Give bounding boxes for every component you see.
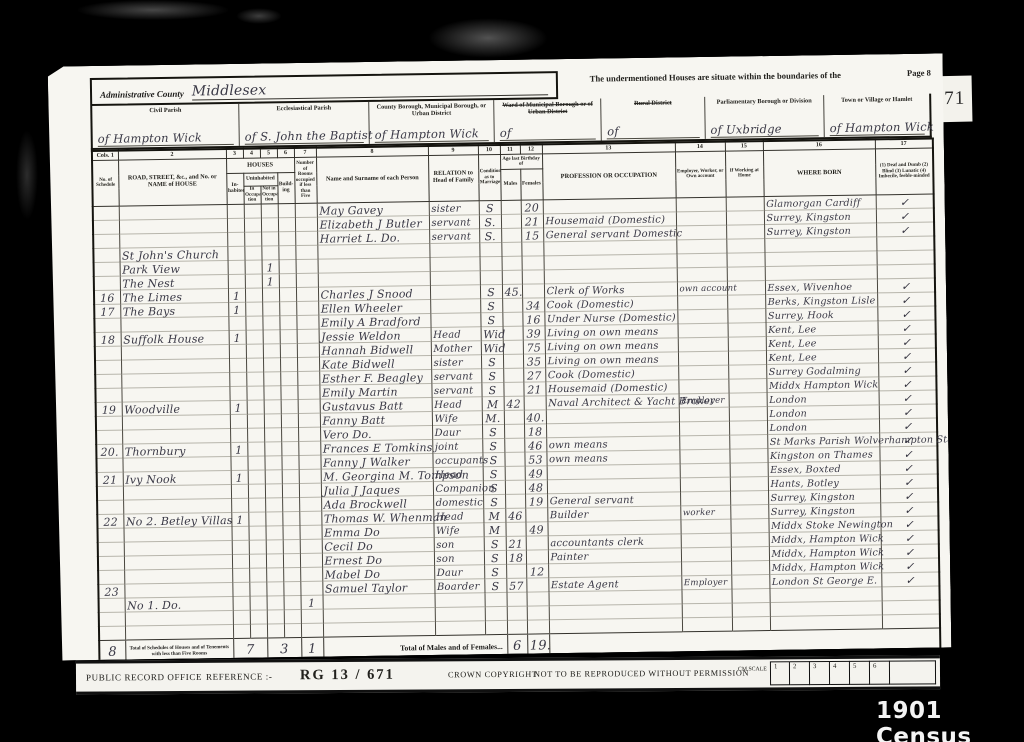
cell-age-male bbox=[502, 298, 522, 312]
cell-inhabited bbox=[229, 386, 246, 400]
cell-infirmity-tick bbox=[881, 585, 939, 600]
cell-condition: S bbox=[484, 578, 506, 592]
cell-building bbox=[283, 539, 300, 553]
cell-condition: Wid bbox=[481, 326, 503, 340]
cell-where-born: St Marks Parish Wolverhampton Staffs bbox=[767, 432, 879, 448]
cell-uninhabited bbox=[262, 287, 279, 301]
cell-inhabited bbox=[229, 372, 246, 386]
cell-age-female bbox=[527, 605, 549, 619]
cell-age-female bbox=[526, 535, 548, 549]
district-cell: Ecclesiastical Parishof S. John the Bapt… bbox=[239, 102, 370, 146]
office-label: PUBLIC RECORD OFFICE bbox=[86, 672, 202, 683]
cell-employer bbox=[680, 463, 730, 478]
cell-occupation: Under Nurse (Domestic) bbox=[544, 309, 677, 325]
cell-age-female: 18 bbox=[524, 423, 546, 437]
district-value: of bbox=[607, 123, 700, 139]
cell-schedule-number bbox=[97, 500, 123, 514]
cell-infirmity-tick: ✓ bbox=[879, 404, 937, 419]
cell-condition: S bbox=[481, 368, 503, 382]
cell-at-home bbox=[726, 252, 764, 267]
col-relation: RELATION to Head of Family bbox=[428, 155, 479, 201]
cell-rooms bbox=[297, 343, 319, 357]
cell-uninhabited-occ bbox=[246, 330, 263, 344]
cell-schedule-number: 16 bbox=[94, 290, 120, 304]
cell-uninhabited bbox=[261, 231, 278, 245]
cell-relation: Daur bbox=[432, 424, 482, 439]
cell-age-male bbox=[505, 494, 525, 508]
district-label: Ecclesiastical Parish bbox=[242, 104, 365, 113]
footer-bar: PUBLIC RECORD OFFICE REFERENCE :- RG 13 … bbox=[76, 655, 940, 694]
cell-inhabited bbox=[227, 232, 244, 246]
cell-age-female: 53 bbox=[524, 451, 546, 465]
cell-uninhabited-occ bbox=[246, 372, 263, 386]
census-year-watermark: 1901 Census bbox=[876, 698, 1024, 742]
cell-age-female: 12 bbox=[526, 563, 548, 577]
cell-building bbox=[283, 567, 300, 581]
cell-infirmity-tick: ✓ bbox=[877, 320, 935, 335]
cell-at-home bbox=[727, 308, 765, 323]
census-table-body: May Gavey sister S 20 Glamorgan Cardiff … bbox=[93, 194, 940, 640]
cell-inhabited: 1 bbox=[231, 512, 248, 526]
cell-rooms bbox=[297, 385, 319, 399]
cell-schedule-number bbox=[99, 626, 125, 640]
cell-uninhabited bbox=[261, 203, 278, 217]
cell-inhabited bbox=[231, 526, 248, 540]
cell-building bbox=[279, 287, 296, 301]
cell-uninhabited bbox=[267, 595, 284, 609]
cell-age-male bbox=[505, 522, 525, 536]
cell-age-male bbox=[507, 606, 527, 620]
cell-at-home bbox=[728, 350, 766, 365]
cell-age-female: 48 bbox=[525, 479, 547, 493]
cell-condition: S bbox=[480, 284, 502, 298]
cell-building bbox=[281, 427, 298, 441]
cell-schedule-number: 22 bbox=[97, 514, 123, 528]
cell-person-name: Esther F. Beagley bbox=[319, 369, 431, 385]
column-number: 12 bbox=[520, 144, 542, 154]
cell-condition: S bbox=[484, 564, 506, 578]
cell-relation: domestic bbox=[433, 494, 483, 509]
cell-employer bbox=[677, 309, 727, 324]
district-label: Town or Village or Hamlet bbox=[827, 96, 926, 105]
cell-infirmity-tick: ✓ bbox=[878, 334, 936, 349]
cell-rooms bbox=[298, 399, 320, 413]
cell-schedule-number bbox=[96, 430, 122, 444]
cell-condition: S bbox=[484, 550, 506, 564]
cell-at-home bbox=[731, 574, 769, 589]
district-label: Parliamentary Borough or Division bbox=[708, 97, 820, 106]
cell-condition: S bbox=[484, 536, 506, 550]
cell-relation: Wife bbox=[433, 522, 483, 537]
cell-infirmity-tick: ✓ bbox=[880, 502, 938, 517]
cell-rooms bbox=[295, 245, 317, 259]
cell-where-born: Berks, Kingston Lisle bbox=[765, 292, 877, 308]
col-age-females: Females bbox=[520, 169, 542, 200]
cell-inhabited bbox=[233, 624, 250, 638]
cell-at-home bbox=[729, 448, 767, 463]
cell-infirmity-tick bbox=[882, 613, 940, 628]
cell-inhabited bbox=[230, 428, 247, 442]
cell-age-male: 21 bbox=[506, 536, 526, 550]
cell-inhabited bbox=[232, 582, 249, 596]
cell-inhabited bbox=[233, 596, 250, 610]
scale-mark: 2 bbox=[790, 661, 810, 685]
cell-person-name: Frances E Tomkins bbox=[320, 439, 432, 455]
administrative-county-value: Middlesex bbox=[192, 78, 548, 100]
cell-relation bbox=[429, 242, 479, 257]
cell-relation bbox=[430, 298, 480, 313]
cell-uninhabited-occ bbox=[244, 246, 261, 260]
cell-condition: M bbox=[483, 522, 505, 536]
scale-mark: 5 bbox=[850, 661, 870, 685]
cell-schedule-number bbox=[99, 598, 125, 612]
cell-uninhabited bbox=[265, 469, 282, 483]
district-label: Ward of Municipal Borough or of Urban Di… bbox=[497, 101, 598, 117]
cell-rooms bbox=[296, 315, 318, 329]
cell-schedule-number: 19 bbox=[96, 402, 122, 416]
cell-employer bbox=[681, 589, 731, 604]
cell-schedule-number bbox=[98, 570, 124, 584]
cell-building bbox=[282, 483, 299, 497]
cell-at-home bbox=[731, 546, 769, 561]
cell-employer bbox=[682, 603, 732, 618]
cell-relation: Boarder bbox=[434, 578, 484, 593]
cell-building bbox=[279, 301, 296, 315]
cell-at-home bbox=[729, 420, 767, 435]
cell-uninhabited bbox=[265, 483, 282, 497]
cell-inhabited bbox=[233, 610, 250, 624]
cell-inhabited bbox=[230, 456, 247, 470]
cell-age-male: 45. bbox=[502, 284, 522, 298]
cell-uninhabited-occ bbox=[249, 567, 266, 581]
cell-age-male bbox=[507, 620, 527, 634]
cell-building bbox=[282, 511, 299, 525]
cell-building bbox=[281, 455, 298, 469]
cell-employer bbox=[677, 267, 727, 282]
cell-condition: S. bbox=[479, 228, 501, 242]
reference-label: REFERENCE :- bbox=[206, 671, 273, 681]
cell-infirmity-tick bbox=[882, 599, 940, 614]
cell-age-female: 49 bbox=[525, 521, 547, 535]
cell-uninhabited bbox=[261, 245, 278, 259]
cell-relation: occupants bbox=[432, 452, 482, 467]
cell-condition: M bbox=[483, 508, 505, 522]
cell-age-male bbox=[504, 438, 524, 452]
cell-age-male bbox=[503, 326, 523, 340]
cell-rooms bbox=[296, 259, 318, 273]
cell-building bbox=[278, 231, 295, 245]
cell-infirmity-tick: ✓ bbox=[881, 558, 939, 573]
cell-relation bbox=[430, 312, 480, 327]
cell-uninhabited-occ bbox=[248, 511, 265, 525]
cell-employer bbox=[680, 477, 730, 492]
cell-condition: S bbox=[481, 382, 503, 396]
census-form: Administrative County Middlesex The unde… bbox=[90, 66, 940, 679]
cell-infirmity-tick: ✓ bbox=[880, 460, 938, 475]
cell-age-male bbox=[505, 466, 525, 480]
district-label: County Borough, Municipal Borough, or Ur… bbox=[372, 102, 490, 118]
cell-building bbox=[278, 203, 295, 217]
cell-infirmity-tick: ✓ bbox=[877, 306, 935, 321]
cell-relation: joint bbox=[432, 438, 482, 453]
cell-uninhabited-occ bbox=[248, 483, 265, 497]
scale-mark: 3 bbox=[810, 661, 830, 685]
cell-uninhabited bbox=[263, 343, 280, 357]
cell-at-home bbox=[731, 532, 769, 547]
cell-at-home bbox=[726, 210, 764, 225]
cell-schedule-number: 17 bbox=[94, 304, 120, 318]
cell-employer bbox=[679, 407, 729, 422]
cell-condition: S bbox=[481, 354, 503, 368]
cell-uninhabited-occ bbox=[245, 302, 262, 316]
cell-schedule-number bbox=[95, 374, 121, 388]
cell-age-female: 40. bbox=[524, 409, 546, 423]
col-uninhabited-occ: In Occupa-tion bbox=[243, 186, 260, 204]
col-condition: Condition as to Marriage bbox=[478, 154, 501, 200]
cell-age-male: 18 bbox=[506, 550, 526, 564]
district-cell: County Borough, Municipal Borough, or Ur… bbox=[369, 100, 495, 144]
cell-inhabited: 1 bbox=[228, 288, 245, 302]
scale-mark: 6 bbox=[870, 661, 890, 685]
district-cell: Parliamentary Borough or Divisionof Uxbr… bbox=[705, 95, 825, 139]
cell-schedule-number bbox=[93, 220, 119, 234]
scan-smudge bbox=[78, 0, 228, 20]
cell-uninhabited bbox=[263, 385, 280, 399]
cell-infirmity-tick: ✓ bbox=[879, 446, 937, 461]
cell-age-male bbox=[502, 270, 522, 284]
cell-age-female: 49 bbox=[525, 465, 547, 479]
cell-uninhabited-occ bbox=[249, 539, 266, 553]
no-reproduction-notice: NOT TO BE REPRODUCED WITHOUT PERMISSION bbox=[534, 669, 749, 679]
cell-age-female bbox=[527, 619, 549, 633]
scale-end-box bbox=[890, 660, 936, 684]
cell-at-home bbox=[730, 462, 768, 477]
cell-rooms bbox=[301, 623, 323, 637]
cell-uninhabited-occ bbox=[248, 525, 265, 539]
cell-building bbox=[280, 357, 297, 371]
cell-relation bbox=[430, 256, 480, 271]
cell-building bbox=[280, 329, 297, 343]
cell-inhabited: 1 bbox=[231, 470, 248, 484]
cell-employer bbox=[680, 491, 730, 506]
cell-inhabited bbox=[229, 358, 246, 372]
cell-age-male bbox=[501, 214, 521, 228]
cell-age-female bbox=[526, 549, 548, 563]
cell-age-female: 21 bbox=[523, 381, 545, 395]
cell-building bbox=[283, 581, 300, 595]
cell-building bbox=[284, 609, 301, 623]
cell-uninhabited-occ bbox=[248, 469, 265, 483]
cell-rooms bbox=[299, 469, 321, 483]
cell-rooms bbox=[295, 231, 317, 245]
col-where-born: WHERE BORN bbox=[763, 149, 876, 196]
cell-age-female: 20 bbox=[521, 199, 543, 213]
cell-condition: S bbox=[479, 200, 501, 214]
cell-at-home bbox=[726, 224, 764, 239]
cell-age-female bbox=[521, 241, 543, 255]
cell-occupation: Living on own means bbox=[545, 323, 678, 339]
cell-at-home bbox=[730, 490, 768, 505]
col-at-home: If Working at Home bbox=[725, 151, 764, 197]
cell-employer bbox=[676, 253, 726, 268]
cell-age-female bbox=[522, 283, 544, 297]
cell-age-female: 16 bbox=[522, 311, 544, 325]
cell-uninhabited bbox=[264, 427, 281, 441]
cell-building bbox=[280, 385, 297, 399]
cell-person-name: Emily A Bradford bbox=[318, 313, 430, 329]
cell-relation: Head bbox=[431, 326, 481, 341]
cell-uninhabited bbox=[264, 413, 281, 427]
cell-condition bbox=[479, 242, 501, 256]
cell-age-male bbox=[505, 480, 525, 494]
cell-condition: S bbox=[480, 298, 502, 312]
cell-building bbox=[281, 399, 298, 413]
col-age: Age last Birthday of bbox=[500, 154, 542, 170]
column-number: 15 bbox=[725, 141, 763, 151]
cell-age-male bbox=[504, 410, 524, 424]
cell-condition: S bbox=[483, 466, 505, 480]
cell-at-home bbox=[726, 196, 764, 211]
district-value: of Hampton Wick bbox=[830, 120, 925, 136]
cell-relation bbox=[430, 284, 480, 299]
cell-at-home bbox=[729, 406, 767, 421]
cell-at-home bbox=[728, 336, 766, 351]
cell-age-male bbox=[503, 382, 523, 396]
cell-employer bbox=[682, 617, 732, 632]
col-schedule: No. of Schedule bbox=[92, 160, 119, 206]
cell-building bbox=[278, 245, 295, 259]
cell-age-male bbox=[503, 340, 523, 354]
col-employer: Employer, Worker, or Own account bbox=[675, 151, 726, 197]
cell-age-male bbox=[502, 312, 522, 326]
cell-inhabited bbox=[232, 568, 249, 582]
cell-at-home bbox=[730, 518, 768, 533]
cell-building bbox=[279, 259, 296, 273]
cell-schedule-number bbox=[99, 612, 125, 626]
cell-age-male bbox=[504, 452, 524, 466]
cell-schedule-number bbox=[97, 528, 123, 542]
column-number: 3 bbox=[226, 149, 243, 159]
cell-where-born: Middx Stoke Newington bbox=[768, 516, 880, 532]
cell-building bbox=[282, 497, 299, 511]
cell-age-female: 15 bbox=[521, 227, 543, 241]
scan-smudge bbox=[236, 8, 282, 24]
col-uninhabited-not: Not in Occupa-tion bbox=[260, 186, 277, 204]
cell-age-male bbox=[501, 200, 521, 214]
cell-age-female bbox=[521, 255, 543, 269]
cell-rooms bbox=[297, 329, 319, 343]
cell-age-male: 42 bbox=[504, 396, 524, 410]
cell-inhabited bbox=[227, 246, 244, 260]
cell-employer: Employer bbox=[679, 393, 729, 408]
cell-occupation: Naval Architect & Yacht Broker bbox=[546, 393, 679, 409]
cell-schedule-number bbox=[94, 318, 120, 332]
cell-employer: Employer bbox=[681, 575, 731, 590]
cell-rooms bbox=[295, 203, 317, 217]
cell-inhabited bbox=[229, 344, 246, 358]
district-cell: Rural Districtof bbox=[602, 97, 706, 141]
cell-uninhabited bbox=[264, 399, 281, 413]
cell-condition bbox=[484, 592, 506, 606]
cell-employer bbox=[678, 323, 728, 338]
cell-uninhabited bbox=[263, 357, 280, 371]
cell-rooms bbox=[300, 539, 322, 553]
cell-schedule-number bbox=[96, 416, 122, 430]
cell-infirmity-tick: ✓ bbox=[881, 572, 939, 587]
cell-at-home bbox=[727, 294, 765, 309]
cell-uninhabited bbox=[262, 301, 279, 315]
totals-empty bbox=[549, 627, 940, 658]
cell-uninhabited-occ bbox=[245, 316, 262, 330]
cell-schedule-number bbox=[94, 262, 120, 276]
cell-employer: worker bbox=[680, 505, 730, 520]
district-cell: Ward of Municipal Borough or of Urban Di… bbox=[494, 98, 602, 142]
cell-infirmity-tick: ✓ bbox=[878, 362, 936, 377]
district-value: of Hampton Wick bbox=[375, 126, 489, 143]
cell-relation: Head bbox=[432, 396, 482, 411]
cell-rooms bbox=[298, 455, 320, 469]
cell-age-male bbox=[506, 592, 526, 606]
census-page: Administrative County Middlesex The unde… bbox=[48, 53, 952, 660]
cell-where-born: Middx, Hampton Wick bbox=[769, 544, 881, 560]
cell-building bbox=[278, 217, 295, 231]
cell-inhabited bbox=[227, 218, 244, 232]
cell-infirmity-tick: ✓ bbox=[876, 194, 934, 209]
cell-employer bbox=[679, 421, 729, 436]
cell-inhabited bbox=[228, 274, 245, 288]
col-infirmity: (1) Deaf and Dumb (2) Blind (3) Lunatic … bbox=[875, 148, 934, 194]
column-number: 6 bbox=[277, 148, 294, 158]
cell-rooms bbox=[298, 413, 320, 427]
cell-employer bbox=[679, 449, 729, 464]
cell-uninhabited bbox=[264, 441, 281, 455]
cell-rooms bbox=[297, 371, 319, 385]
cell-inhabited bbox=[228, 316, 245, 330]
cell-age-male bbox=[502, 256, 522, 270]
cell-age-female bbox=[524, 395, 546, 409]
cell-age-female: 35 bbox=[523, 353, 545, 367]
column-number: 4 bbox=[243, 149, 260, 159]
cell-rooms bbox=[296, 287, 318, 301]
cell-building bbox=[282, 525, 299, 539]
cell-uninhabited-occ bbox=[244, 232, 261, 246]
cell-inhabited bbox=[230, 414, 247, 428]
cell-uninhabited-occ bbox=[250, 609, 267, 623]
cell-uninhabited bbox=[267, 623, 284, 637]
cell-employer bbox=[676, 225, 726, 240]
cell-inhabited bbox=[228, 260, 245, 274]
cell-uninhabited bbox=[265, 497, 282, 511]
district-cell: Civil Parishof Hampton Wick bbox=[92, 104, 240, 148]
district-value: of Uxbridge bbox=[710, 121, 818, 138]
copyright-label: CROWN COPYRIGHT bbox=[448, 670, 537, 680]
cell-age-male bbox=[506, 564, 526, 578]
scan-background: 171 Administrative County Middlesex The … bbox=[0, 0, 1024, 742]
cell-rooms bbox=[300, 581, 322, 595]
col-rooms: Number of Rooms occupied if less than Fi… bbox=[294, 157, 317, 203]
cell-rooms bbox=[295, 217, 317, 231]
cell-condition bbox=[480, 256, 502, 270]
column-number: Cols. 1 bbox=[92, 151, 118, 161]
cell-infirmity-tick: ✓ bbox=[878, 376, 936, 391]
cell-uninhabited bbox=[266, 539, 283, 553]
cell-infirmity-tick bbox=[877, 264, 935, 279]
cell-uninhabited-occ bbox=[245, 260, 262, 274]
cell-uninhabited bbox=[267, 609, 284, 623]
cell-where-born: Middx, Hampton Wick bbox=[769, 530, 881, 546]
cell-at-home bbox=[728, 378, 766, 393]
cell-person-name: Thomas W. Whenman bbox=[321, 509, 433, 525]
